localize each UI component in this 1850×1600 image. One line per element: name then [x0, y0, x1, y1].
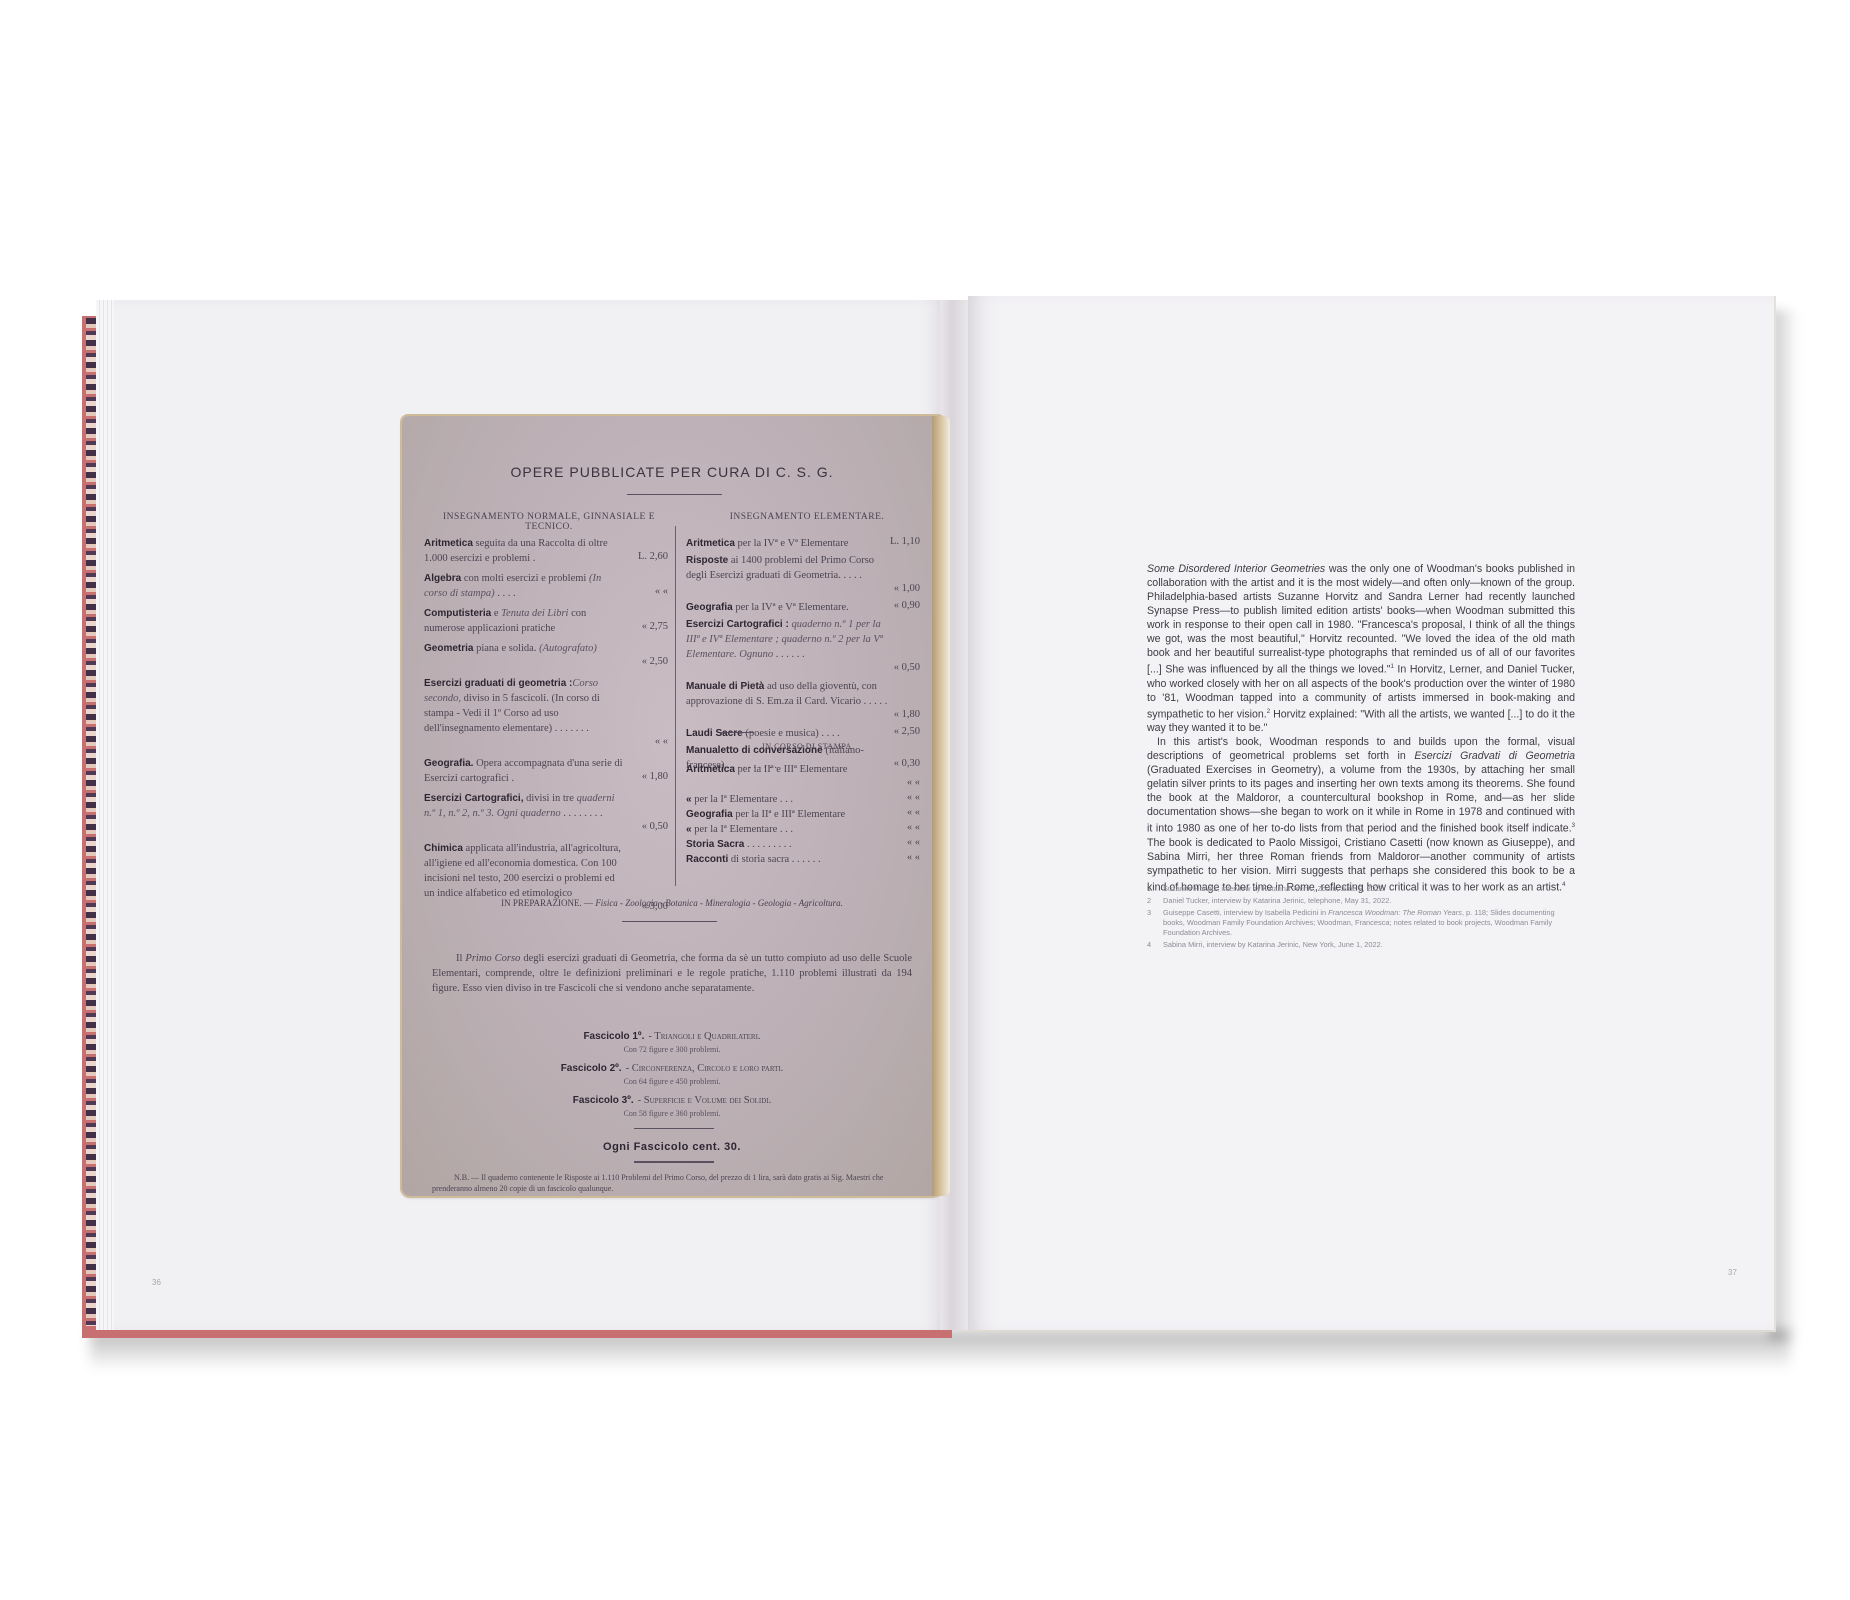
catalog-entry: Aritmetica per la IVª e Vª Elementare — [686, 536, 891, 551]
catalog-entry: Computisteria e Tenuta dei Libri con num… — [424, 606, 624, 636]
entry-subject: Chimica — [424, 843, 463, 854]
prep-subjects: Fisica - Zoologia - Botanica - Mineralog… — [595, 898, 843, 908]
essay-paragraph-2: In this artist's book, Woodman responds … — [1147, 735, 1575, 894]
right-page-number: 37 — [1728, 1268, 1737, 1277]
entry-text: . . . . . . — [773, 649, 805, 660]
fascicolo-2: Fascicolo 2º. - Circonferenza, Circolo e… — [402, 1058, 942, 1086]
entry-subject: Geometria — [424, 643, 473, 654]
entry-price: « « — [872, 837, 920, 848]
entry-price: « 2,75 — [620, 621, 668, 632]
entry-price: « 1,80 — [872, 709, 920, 720]
entry-subject: Esercizi Cartografici : — [686, 619, 789, 630]
footnote: 2Daniel Tucker, interview by Katarina Je… — [1147, 896, 1567, 906]
footnotes: 1Suzanne Horvitz, interview by Katarina … — [1147, 884, 1567, 952]
catalog-entry: Geografia per la IIª e IIIª Elementare — [686, 807, 886, 822]
entry-text: per la IVª e Vª Elementare. — [733, 602, 849, 613]
essay-text: Some Disordered Interior Geometries was … — [1147, 562, 1575, 894]
entry-subject: Esercizi Cartografici, — [424, 793, 523, 804]
catalog-entry: Storia Sacra . . . . . . . . . — [686, 837, 886, 852]
divider-rule — [634, 1128, 714, 1129]
entry-subject: Aritmetica — [686, 538, 735, 549]
left-page-number: 36 — [152, 1278, 161, 1287]
footnote-number: 1 — [1147, 884, 1163, 894]
price-line: Ogni Fascicolo cent. 30. — [402, 1141, 942, 1153]
old-document-image: OPERE PUBBLICATE PER CURA DI C. S. G. IN… — [402, 416, 942, 1196]
footnote-text: Sabina Mirri, interview by Katarina Jeri… — [1163, 940, 1383, 950]
fascicolo-label: Fascicolo 1º. — [583, 1031, 644, 1042]
catalog-entry: Chimica applicata all'industria, all'agr… — [424, 841, 624, 901]
in-print-heading: IN CORSO DI STAMPA — [687, 742, 927, 751]
footnote: 1Suzanne Horvitz, interview by Katarina … — [1147, 884, 1567, 894]
entry-subject: Storia Sacra — [686, 839, 744, 850]
entry-text: piana e solida. — [473, 643, 539, 654]
left-column-heading: INSEGNAMENTO NORMALE, GINNASIALE E TECNI… — [424, 512, 674, 532]
entry-text: per la Iª Elementare . . . — [692, 824, 793, 835]
entry-text: per la IVª e Vª Elementare — [735, 538, 848, 549]
fascicolo-title: - Superficie e Volume dei Solidi. — [638, 1095, 772, 1106]
book-title: Esercizi Gradvati di Geometria — [1414, 750, 1575, 762]
entry-subject: Laudi Sacre — [686, 728, 743, 739]
entry-subject: Geografia. — [424, 758, 473, 769]
footnote: 3Guiseppe Casetti, interview by Isabella… — [1147, 908, 1567, 938]
entry-price: « 2,50 — [872, 726, 920, 737]
text: Guiseppe Casetti, interview by Isabella … — [1163, 908, 1328, 917]
text: (Graduated Exercises in Geometry), a vol… — [1147, 764, 1575, 835]
entry-subject: Geografia — [686, 602, 733, 613]
fascicolo-title: - Triangoli e Quadrilateri. — [648, 1031, 760, 1042]
title-rule — [627, 494, 722, 495]
footnote-number: 4 — [1147, 940, 1163, 950]
fascicolo-detail: Con 72 figure e 300 problemi. — [402, 1045, 942, 1054]
entry-text: . . . . — [495, 588, 516, 599]
entry-text: Tenuta dei Libri — [501, 608, 568, 619]
entry-text: di storia sacra . . . . . . — [728, 854, 820, 865]
entry-price: « « — [872, 807, 920, 818]
catalog-entry: Esercizi Cartografici : quaderno n.º 1 p… — [686, 617, 891, 662]
right-column-heading: INSEGNAMENTO ELEMENTARE. — [687, 512, 927, 522]
fascicolo-detail: Con 58 figure e 360 problemi. — [402, 1109, 942, 1118]
entry-price: « « — [620, 586, 668, 597]
fascicolo-detail: Con 64 figure e 450 problemi. — [402, 1077, 942, 1086]
entry-subject: Manuale di Pietà — [686, 681, 764, 692]
entry-price: « « — [872, 777, 920, 788]
entry-price: L. 2,60 — [620, 551, 668, 562]
footnote-text: Suzanne Horvitz, interview by Katarina J… — [1163, 884, 1385, 894]
entry-subject: Aritmetica — [424, 538, 473, 549]
entry-text: . . . . . . . . . — [744, 839, 791, 850]
para-lead: Il — [456, 953, 465, 964]
entry-subject: Aritmetica — [686, 764, 735, 775]
in-preparation-line: IN PREPARAZIONE. — Fisica - Zoologia - B… — [402, 898, 942, 908]
catalog-entry: Algebra con molti esercizi e problemi (I… — [424, 571, 624, 601]
divider-rule — [622, 921, 717, 922]
fascicolo-label: Fascicolo 3º. — [573, 1095, 634, 1106]
catalog-entry: Laudi Sacre (poesie e musica) . . . . — [686, 726, 891, 741]
book-title: Francesca Woodman: The Roman Years — [1328, 908, 1462, 917]
entry-price: « « — [872, 792, 920, 803]
footnote-number: 2 — [1147, 896, 1163, 906]
entry-text: per la IIª e IIIª Elementare — [733, 809, 845, 820]
catalog-entry: Manuale di Pietà ad uso della gioventù, … — [686, 679, 891, 709]
entry-text: . . . . . . . . — [561, 808, 603, 819]
catalog-entry: Geografia. Opera accompagnata d'una seri… — [424, 756, 624, 786]
entry-text: per la IIª e IIIª Elementare — [735, 764, 847, 775]
entry-text: per la Iª Elementare . . . — [692, 794, 793, 805]
entry-subject: Geografia — [686, 809, 733, 820]
footnote: 4Sabina Mirri, interview by Katarina Jer… — [1147, 940, 1567, 950]
fascicolo-1: Fascicolo 1º. - Triangoli e Quadrilateri… — [402, 1026, 942, 1054]
entry-price: « 0,50 — [872, 662, 920, 673]
entry-price: « « — [620, 736, 668, 747]
entry-subject: Computisteria — [424, 608, 491, 619]
entry-subject: Esercizi graduati di geometria : — [424, 678, 572, 689]
catalog-entry: Aritmetica seguita da una Raccolta di ol… — [424, 536, 624, 566]
document-title: OPERE PUBBLICATE PER CURA DI C. S. G. — [402, 464, 942, 480]
entry-price: « 0,90 — [872, 600, 920, 611]
fascicolo-label: Fascicolo 2º. — [561, 1063, 622, 1074]
fascicolo-title: - Circonferenza, Circolo e loro parti. — [626, 1063, 784, 1074]
entry-price: « 0,50 — [620, 821, 668, 832]
footnote-ref: 3 — [1572, 823, 1575, 829]
section-rule — [720, 732, 754, 733]
footnote-text: Guiseppe Casetti, interview by Isabella … — [1163, 908, 1567, 938]
entry-price: « 1,00 — [872, 583, 920, 594]
catalog-entry: Esercizi graduati di geometria :Corso se… — [424, 676, 624, 736]
divider-rule — [634, 1161, 714, 1163]
catalog-entry: Racconti di storia sacra . . . . . . — [686, 852, 886, 867]
prep-label: IN PREPARAZIONE. — — [501, 898, 593, 908]
entry-text: (poesie e musica) . . . . — [743, 728, 840, 739]
page-stack-edges — [96, 300, 114, 1330]
catalog-entry: Geometria piana e solida. (Autografato) — [424, 641, 624, 656]
book-title: Some Disordered Interior Geometries — [1147, 563, 1325, 575]
entry-price: « « — [872, 852, 920, 863]
marbled-endpaper-edge — [86, 318, 96, 1326]
catalog-entry: Risposte ai 1400 problemi del Primo Cors… — [686, 553, 891, 583]
catalog-entry: « per la Iª Elementare . . . — [686, 822, 886, 837]
essay-paragraph-1: Some Disordered Interior Geometries was … — [1147, 562, 1575, 735]
entry-price: « 1,80 — [620, 771, 668, 782]
entry-text: divisi in tre — [523, 793, 576, 804]
catalog-entry: Geografia per la IVª e Vª Elementare. — [686, 600, 891, 615]
text: was the only one of Woodman's books publ… — [1147, 563, 1575, 676]
catalog-entry: Aritmetica per la IIª e IIIª Elementare — [686, 762, 886, 777]
fascicolo-3: Fascicolo 3º. - Superficie e Volume dei … — [402, 1090, 942, 1118]
entry-price: L. 1,10 — [872, 536, 920, 547]
primo-corso-paragraph: Il Primo Corso degli esercizi graduati d… — [432, 951, 912, 996]
entry-subject: Racconti — [686, 854, 728, 865]
footnote-number: 3 — [1147, 908, 1163, 938]
nb-note: N.B. — Il quaderno contenente le Rispost… — [432, 1172, 922, 1194]
catalog-entry: Esercizi Cartografici, divisi in tre qua… — [424, 791, 624, 821]
para-italic: Primo Corso — [465, 953, 520, 964]
entry-text: e — [491, 608, 501, 619]
entry-price: « « — [872, 822, 920, 833]
footnote-text: Daniel Tucker, interview by Katarina Jer… — [1163, 896, 1391, 906]
entry-subject: Algebra — [424, 573, 461, 584]
entry-text: (Autografato) — [539, 643, 597, 654]
entry-text: con molti esercizi e problemi — [461, 573, 589, 584]
catalog-entry: « per la Iª Elementare . . . — [686, 792, 886, 807]
entry-price: « 2,50 — [620, 656, 668, 667]
column-divider — [675, 526, 676, 886]
entry-subject: Risposte — [686, 555, 728, 566]
